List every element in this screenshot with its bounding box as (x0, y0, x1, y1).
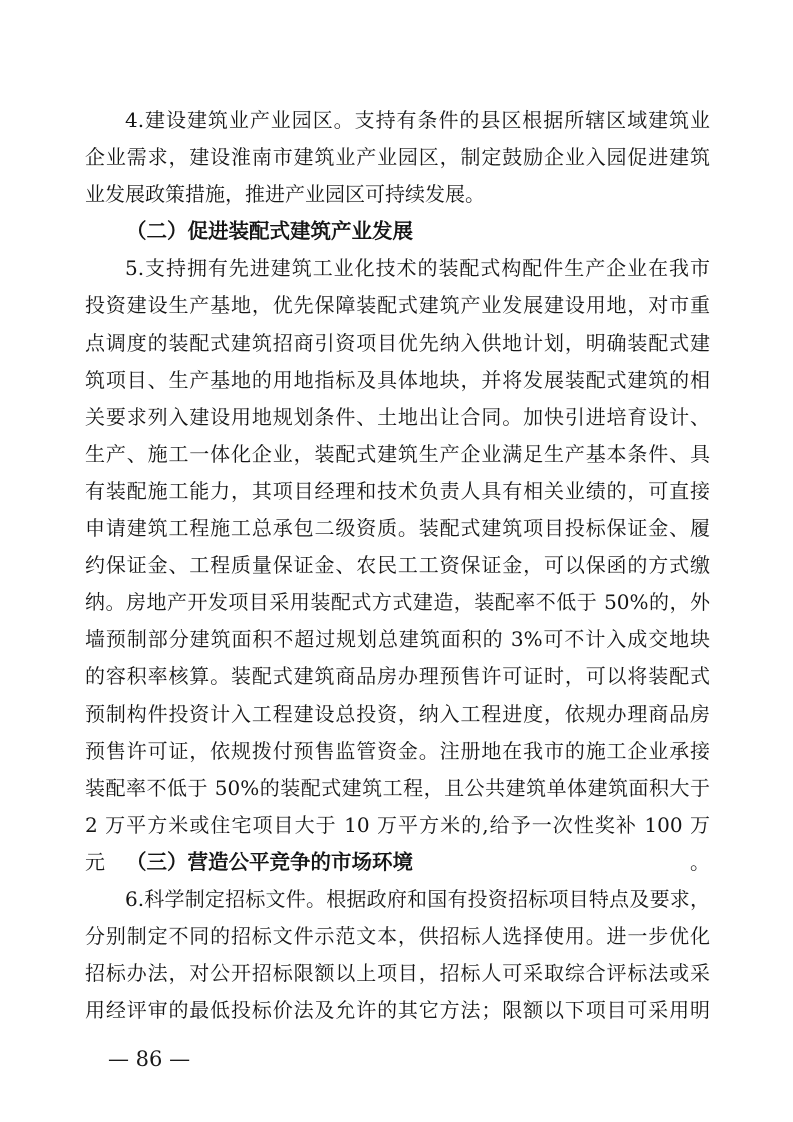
text-line: 装配率不低于 50%的装配式建筑工程，且公共建筑单体建筑面积大于 (85, 770, 710, 807)
text-line: 约保证金、工程质量保证金、农民工工资保证金，可以保函的方式缴 (85, 547, 710, 584)
text-line: 的容积率核算。装配式建筑商品房办理预售许可证时，可以将装配式 (85, 658, 710, 695)
document-lines: 4.建设建筑业产业园区。支持有条件的县区根据所辖区域建筑业企业需求，建设淮南市建… (85, 102, 710, 1029)
text-line: 纳。房地产开发项目采用装配式方式建造，装配率不低于 50%的，外 (85, 584, 710, 621)
text-line: 6.科学制定招标文件。根据政府和国有投资招标项目特点及要求， (85, 881, 710, 918)
text-line: 生产、施工一体化企业，装配式建筑生产企业满足生产基本条件、具 (85, 436, 710, 473)
text-line: 预制构件投资计入工程建设总投资，纳入工程进度，依规办理商品房 (85, 696, 710, 733)
text-line: 企业需求，建设淮南市建筑业产业园区，制定鼓励企业入园促进建筑 (85, 139, 710, 176)
text-line: 申请建筑工程施工总承包二级资质。装配式建筑项目投标保证金、履 (85, 510, 710, 547)
text-line: 投资建设生产基地，优先保障装配式建筑产业发展建设用地，对市重 (85, 287, 710, 324)
text-line: 分别制定不同的招标文件示范文本，供招标人选择使用。进一步优化 (85, 918, 710, 955)
text-line: 点调度的装配式建筑招商引资项目优先纳入供地计划，明确装配式建 (85, 325, 710, 362)
page-number: — 86 — (108, 1042, 190, 1076)
text-line: 预售许可证，依规拨付预售监管资金。注册地在我市的施工企业承接 (85, 733, 710, 770)
text-line: 2 万平方米或住宅项目大于 10 万平方米的,给予一次性奖补 100 万元。 (85, 807, 710, 844)
text-line: 筑项目、生产基地的用地指标及具体地块，并将发展装配式建筑的相 (85, 362, 710, 399)
text-line: 用经评审的最低投标价法及允许的其它方法；限额以下项目可采用明 (85, 992, 710, 1029)
text-line: 4.建设建筑业产业园区。支持有条件的县区根据所辖区域建筑业 (85, 102, 710, 139)
text-line: 墙预制部分建筑面积不超过规划总建筑面积的 3%可不计入成交地块 (85, 621, 710, 658)
text-line: 业发展政策措施，推进产业园区可持续发展。 (85, 176, 710, 213)
text-line: 5.支持拥有先进建筑工业化技术的装配式构配件生产企业在我市 (85, 250, 710, 287)
document-page: 4.建设建筑业产业园区。支持有条件的县区根据所辖区域建筑业企业需求，建设淮南市建… (0, 0, 793, 1122)
section-heading: （二）促进装配式建筑产业发展 (85, 213, 710, 250)
text-line: 关要求列入建设用地规划条件、土地出让合同。加快引进培育设计、 (85, 399, 710, 436)
text-line: 有装配施工能力，其项目经理和技术负责人具有相关业绩的，可直接 (85, 473, 710, 510)
text-line: 招标办法，对公开招标限额以上项目，招标人可采取综合评标法或采 (85, 955, 710, 992)
